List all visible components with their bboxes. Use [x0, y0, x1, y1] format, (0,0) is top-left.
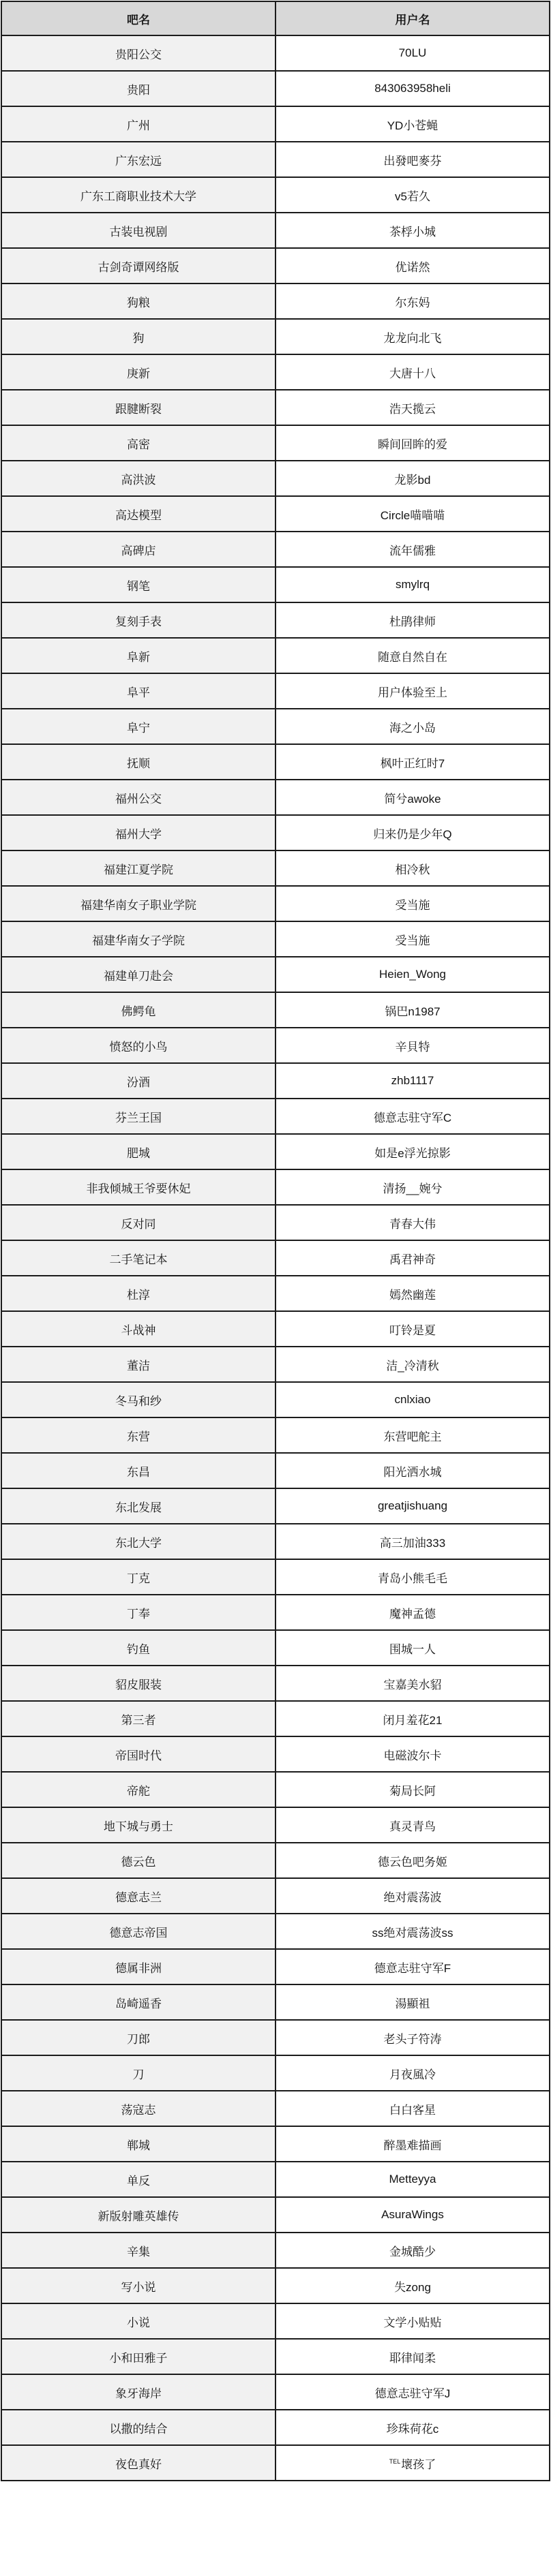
- username-cell: AsuraWings: [275, 2197, 550, 2233]
- ba-name-cell: 小和田雅子: [1, 2339, 275, 2374]
- ba-name-cell: 德意志帝国: [1, 1914, 275, 1949]
- username-cell: 宝嘉美水貂: [275, 1666, 550, 1701]
- table-row: 德意志兰绝对震荡波: [1, 1878, 550, 1914]
- table-row: 东营东营吧舵主: [1, 1417, 550, 1453]
- username-cell: 843063958heli: [275, 71, 550, 106]
- username-cell: 绝对震荡波: [275, 1878, 550, 1914]
- username-cell: 如是e浮光掠影: [275, 1134, 550, 1169]
- username-cell: 白白客星: [275, 2091, 550, 2126]
- username-cell: 清扬__婉兮: [275, 1169, 550, 1205]
- username-cell: 归来仍是少年Q: [275, 815, 550, 850]
- table-row: 东北发展greatjishuang: [1, 1488, 550, 1524]
- ba-name-cell: 非我倾城王爷要休妃: [1, 1169, 275, 1205]
- table-row: 辛集金城酷少: [1, 2233, 550, 2268]
- username-cell: 阳光洒水城: [275, 1453, 550, 1488]
- ba-name-cell: 阜宁: [1, 709, 275, 744]
- ba-name-cell: 广州: [1, 106, 275, 142]
- username-cell: 枫叶正红时7: [275, 744, 550, 780]
- ba-name-cell: 东北发展: [1, 1488, 275, 1524]
- ba-name-cell: 高碑店: [1, 532, 275, 567]
- table-row: 古剑奇谭网络版优诺然: [1, 248, 550, 283]
- table-row: 高达模型Circle喵喵喵: [1, 496, 550, 532]
- ba-name-cell: 东营: [1, 1417, 275, 1453]
- username-cell: v5若久: [275, 177, 550, 213]
- username-cell: 围城一人: [275, 1630, 550, 1666]
- table-row: 斗战神叮铃是夏: [1, 1311, 550, 1347]
- username-cell: 金城酷少: [275, 2233, 550, 2268]
- table-row: 福建华南女子职业学院受当施: [1, 886, 550, 921]
- table-row: 东昌阳光洒水城: [1, 1453, 550, 1488]
- username-cell: 老头子符涛: [275, 2020, 550, 2055]
- table-row: 广东工商职业技术大学v5若久: [1, 177, 550, 213]
- table-row: 芬兰王国德意志驻守军C: [1, 1099, 550, 1134]
- ba-name-cell: 刀: [1, 2055, 275, 2091]
- ba-name-cell: 狗: [1, 319, 275, 354]
- table-row: 小和田雅子耶律闻柔: [1, 2339, 550, 2374]
- ba-name-cell: 福州大学: [1, 815, 275, 850]
- ba-name-cell: 丁奉: [1, 1595, 275, 1630]
- table-row: 新版射雕英雄传AsuraWings: [1, 2197, 550, 2233]
- ba-name-cell: 古装电视剧: [1, 213, 275, 248]
- table-row: 单反Metteyya: [1, 2162, 550, 2197]
- table-row: 郸城醉墨难描画: [1, 2126, 550, 2162]
- ba-name-cell: 岛崎遥香: [1, 1984, 275, 2020]
- ba-name-cell: 钓鱼: [1, 1630, 275, 1666]
- table-row: 广州YD小苍蝇: [1, 106, 550, 142]
- table-row: 钢笔smylrq: [1, 567, 550, 602]
- ba-name-cell: 复刻手表: [1, 602, 275, 638]
- ba-name-cell: 贵阳: [1, 71, 275, 106]
- username-cell: ss绝对震荡波ss: [275, 1914, 550, 1949]
- username-cell: 大唐十八: [275, 354, 550, 390]
- username-cell: 失zong: [275, 2268, 550, 2303]
- ba-name-cell: 钢笔: [1, 567, 275, 602]
- ba-name-cell: 福建单刀赴会: [1, 957, 275, 992]
- table-row: 冬马和纱cnlxiao: [1, 1382, 550, 1417]
- table-row: 复刻手表杜鹃律师: [1, 602, 550, 638]
- header-row: 吧名 用户名: [1, 1, 550, 35]
- username-cell: 受当施: [275, 921, 550, 957]
- table-row: 福建单刀赴会Heien_Wong: [1, 957, 550, 992]
- table-row: 岛崎遥香湯顯祖: [1, 1984, 550, 2020]
- username-cell: TEL壞孩了: [275, 2445, 550, 2481]
- ba-user-table: 吧名 用户名 贵阳公交70LU贵阳843063958heli广州YD小苍蝇广东宏…: [1, 1, 550, 2481]
- ba-name-cell: 帝国时代: [1, 1736, 275, 1772]
- username-cell: Metteyya: [275, 2162, 550, 2197]
- username-cell: 流年儒雅: [275, 532, 550, 567]
- table-body: 贵阳公交70LU贵阳843063958heli广州YD小苍蝇广东宏远出發吧麥芬广…: [1, 35, 550, 2481]
- username-cell: 耶律闻柔: [275, 2339, 550, 2374]
- table-row: 福州大学归来仍是少年Q: [1, 815, 550, 850]
- ba-name-cell: 德属非洲: [1, 1949, 275, 1984]
- table-row: 钓鱼围城一人: [1, 1630, 550, 1666]
- username-cell: 东营吧舵主: [275, 1417, 550, 1453]
- ba-name-cell: 福建江夏学院: [1, 850, 275, 886]
- page: 吧名 用户名 贵阳公交70LU贵阳843063958heli广州YD小苍蝇广东宏…: [0, 0, 551, 2482]
- ba-name-cell: 广东宏远: [1, 142, 275, 177]
- table-row: 刀郎老头子符涛: [1, 2020, 550, 2055]
- ba-name-cell: 福建华南女子学院: [1, 921, 275, 957]
- table-row: 高密瞬间回眸的爱: [1, 425, 550, 461]
- table-row: 德意志帝国ss绝对震荡波ss: [1, 1914, 550, 1949]
- username-cell: 受当施: [275, 886, 550, 921]
- table-row: 广东宏远出發吧麥芬: [1, 142, 550, 177]
- table-row: 夜色真好TEL壞孩了: [1, 2445, 550, 2481]
- ba-name-cell: 阜平: [1, 673, 275, 709]
- username-cell: 闭月羞花21: [275, 1701, 550, 1736]
- username-cell: 文学小贴贴: [275, 2303, 550, 2339]
- table-row: 写小说失zong: [1, 2268, 550, 2303]
- table-row: 二手笔记本禹君神奇: [1, 1240, 550, 1276]
- header-username: 用户名: [275, 1, 550, 35]
- ba-name-cell: 佛鳄龟: [1, 992, 275, 1028]
- username-cell: YD小苍蝇: [275, 106, 550, 142]
- ba-name-cell: 德云色: [1, 1843, 275, 1878]
- ba-name-cell: 荡寇志: [1, 2091, 275, 2126]
- ba-name-cell: 高密: [1, 425, 275, 461]
- username-cell: 嫣然幽莲: [275, 1276, 550, 1311]
- ba-name-cell: 以撒的结合: [1, 2410, 275, 2445]
- username-cell: 禹君神奇: [275, 1240, 550, 1276]
- username-cell: 简兮awoke: [275, 780, 550, 815]
- username-cell: 龙影bd: [275, 461, 550, 496]
- ba-name-cell: 辛集: [1, 2233, 275, 2268]
- username-cell: 青岛小熊毛毛: [275, 1559, 550, 1595]
- ba-name-cell: 肥城: [1, 1134, 275, 1169]
- username-cell: 随意自然自在: [275, 638, 550, 673]
- table-row: 小说文学小贴贴: [1, 2303, 550, 2339]
- ba-name-cell: 庚新: [1, 354, 275, 390]
- table-row: 肥城如是e浮光掠影: [1, 1134, 550, 1169]
- username-cell: 用户体验至上: [275, 673, 550, 709]
- ba-name-cell: 象牙海岸: [1, 2374, 275, 2410]
- table-row: 荡寇志白白客星: [1, 2091, 550, 2126]
- username-cell: 尔东妈: [275, 283, 550, 319]
- username-cell: 菊局长阿: [275, 1772, 550, 1807]
- username-cell: 德意志驻守军C: [275, 1099, 550, 1134]
- ba-name-cell: 高达模型: [1, 496, 275, 532]
- ba-name-cell: 夜色真好: [1, 2445, 275, 2481]
- table-row: 帝舵菊局长阿: [1, 1772, 550, 1807]
- table-row: 贵阳843063958heli: [1, 71, 550, 106]
- table-row: 抚顺枫叶正红时7: [1, 744, 550, 780]
- table-row: 狗龙龙向北飞: [1, 319, 550, 354]
- ba-name-cell: 二手笔记本: [1, 1240, 275, 1276]
- table-row: 帝国时代电磁波尔卡: [1, 1736, 550, 1772]
- ba-name-cell: 反对同: [1, 1205, 275, 1240]
- ba-name-cell: 汾酒: [1, 1063, 275, 1099]
- ba-name-cell: 愤怒的小鸟: [1, 1028, 275, 1063]
- table-row: 高碑店流年儒雅: [1, 532, 550, 567]
- ba-name-cell: 董洁: [1, 1347, 275, 1382]
- username-cell: 洁_冷清秋: [275, 1347, 550, 1382]
- username-cell: 高三加油333: [275, 1524, 550, 1559]
- table-row: 阜新随意自然自在: [1, 638, 550, 673]
- ba-name-cell: 抚顺: [1, 744, 275, 780]
- table-header: 吧名 用户名: [1, 1, 550, 35]
- ba-name-cell: 冬马和纱: [1, 1382, 275, 1417]
- ba-name-cell: 第三者: [1, 1701, 275, 1736]
- username-cell: 相冷秋: [275, 850, 550, 886]
- username-cell: zhb1117: [275, 1063, 550, 1099]
- table-row: 丁克青岛小熊毛毛: [1, 1559, 550, 1595]
- username-cell: Circle喵喵喵: [275, 496, 550, 532]
- table-row: 象牙海岸德意志驻守军J: [1, 2374, 550, 2410]
- ba-name-cell: 古剑奇谭网络版: [1, 248, 275, 283]
- table-row: 狗粮尔东妈: [1, 283, 550, 319]
- ba-name-cell: 广东工商职业技术大学: [1, 177, 275, 213]
- table-row: 福建华南女子学院受当施: [1, 921, 550, 957]
- ba-name-cell: 福建华南女子职业学院: [1, 886, 275, 921]
- ba-name-cell: 丁克: [1, 1559, 275, 1595]
- tel-prefix-label: TEL: [389, 2458, 401, 2465]
- table-row: 庚新大唐十八: [1, 354, 550, 390]
- username-cell: 海之小岛: [275, 709, 550, 744]
- ba-name-cell: 新版射雕英雄传: [1, 2197, 275, 2233]
- ba-name-cell: 高洪波: [1, 461, 275, 496]
- ba-name-cell: 单反: [1, 2162, 275, 2197]
- ba-name-cell: 芬兰王国: [1, 1099, 275, 1134]
- username-cell: 青春大伟: [275, 1205, 550, 1240]
- table-row: 第三者闭月羞花21: [1, 1701, 550, 1736]
- table-row: 非我倾城王爷要休妃清扬__婉兮: [1, 1169, 550, 1205]
- table-row: 反对同青春大伟: [1, 1205, 550, 1240]
- username-cell: 德意志驻守军F: [275, 1949, 550, 1984]
- table-row: 福建江夏学院相冷秋: [1, 850, 550, 886]
- username-cell: 电磁波尔卡: [275, 1736, 550, 1772]
- username-cell: 70LU: [275, 35, 550, 71]
- table-row: 高洪波龙影bd: [1, 461, 550, 496]
- username-cell: 德云色吧务姬: [275, 1843, 550, 1878]
- table-row: 董洁洁_冷清秋: [1, 1347, 550, 1382]
- ba-name-cell: 狗粮: [1, 283, 275, 319]
- table-row: 德云色德云色吧务姬: [1, 1843, 550, 1878]
- ba-name-cell: 斗战神: [1, 1311, 275, 1347]
- table-row: 刀月夜風冷: [1, 2055, 550, 2091]
- username-cell: 真灵青鸟: [275, 1807, 550, 1843]
- username-cell: cnlxiao: [275, 1382, 550, 1417]
- table-row: 佛鳄龟锅巴n1987: [1, 992, 550, 1028]
- table-row: 德属非洲德意志驻守军F: [1, 1949, 550, 1984]
- table-row: 丁奉魔神孟德: [1, 1595, 550, 1630]
- table-row: 阜宁海之小岛: [1, 709, 550, 744]
- table-row: 贵阳公交70LU: [1, 35, 550, 71]
- table-row: 福州公交简兮awoke: [1, 780, 550, 815]
- table-row: 愤怒的小鸟辛貝特: [1, 1028, 550, 1063]
- table-row: 杜淳嫣然幽莲: [1, 1276, 550, 1311]
- table-row: 古装电视剧茶桴小城: [1, 213, 550, 248]
- ba-name-cell: 德意志兰: [1, 1878, 275, 1914]
- table-row: 阜平用户体验至上: [1, 673, 550, 709]
- table-row: 跟腱断裂浩天揽云: [1, 390, 550, 425]
- username-cell: 醉墨难描画: [275, 2126, 550, 2162]
- table-row: 以撒的结合珍珠荷花c: [1, 2410, 550, 2445]
- username-cell: 锅巴n1987: [275, 992, 550, 1028]
- username-cell: 茶桴小城: [275, 213, 550, 248]
- ba-name-cell: 杜淳: [1, 1276, 275, 1311]
- ba-name-cell: 貂皮服装: [1, 1666, 275, 1701]
- username-cell: 珍珠荷花c: [275, 2410, 550, 2445]
- username-cell: 月夜風冷: [275, 2055, 550, 2091]
- ba-name-cell: 福州公交: [1, 780, 275, 815]
- username-cell: smylrq: [275, 567, 550, 602]
- ba-name-cell: 东北大学: [1, 1524, 275, 1559]
- username-cell: 魔神孟德: [275, 1595, 550, 1630]
- ba-name-cell: 地下城与勇士: [1, 1807, 275, 1843]
- header-ba-name: 吧名: [1, 1, 275, 35]
- username-cell: 辛貝特: [275, 1028, 550, 1063]
- ba-name-cell: 帝舵: [1, 1772, 275, 1807]
- ba-name-cell: 跟腱断裂: [1, 390, 275, 425]
- username-cell: 叮铃是夏: [275, 1311, 550, 1347]
- ba-name-cell: 小说: [1, 2303, 275, 2339]
- username-cell: 瞬间回眸的爱: [275, 425, 550, 461]
- username-cell: 湯顯祖: [275, 1984, 550, 2020]
- ba-name-cell: 东昌: [1, 1453, 275, 1488]
- ba-name-cell: 贵阳公交: [1, 35, 275, 71]
- username-cell: greatjishuang: [275, 1488, 550, 1524]
- username-cell: 德意志驻守军J: [275, 2374, 550, 2410]
- ba-name-cell: 郸城: [1, 2126, 275, 2162]
- table-row: 貂皮服装宝嘉美水貂: [1, 1666, 550, 1701]
- ba-name-cell: 刀郎: [1, 2020, 275, 2055]
- ba-name-cell: 写小说: [1, 2268, 275, 2303]
- username-cell: 浩天揽云: [275, 390, 550, 425]
- table-row: 汾酒zhb1117: [1, 1063, 550, 1099]
- username-cell: 出發吧麥芬: [275, 142, 550, 177]
- ba-name-cell: 阜新: [1, 638, 275, 673]
- username-cell: 优诺然: [275, 248, 550, 283]
- table-row: 东北大学高三加油333: [1, 1524, 550, 1559]
- username-cell: Heien_Wong: [275, 957, 550, 992]
- username-cell: 杜鹃律师: [275, 602, 550, 638]
- username-cell: 龙龙向北飞: [275, 319, 550, 354]
- table-row: 地下城与勇士真灵青鸟: [1, 1807, 550, 1843]
